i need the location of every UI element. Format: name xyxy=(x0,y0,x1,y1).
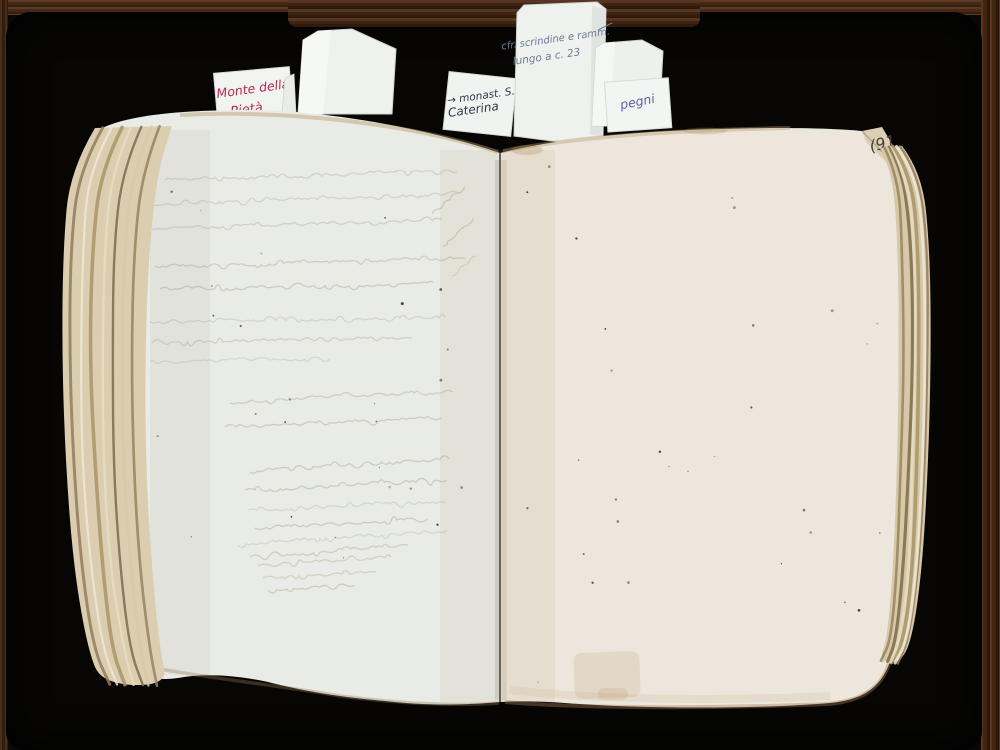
tab-pegni: pegni xyxy=(604,78,671,132)
tab-blank-left xyxy=(282,29,396,114)
right-page: (91 xyxy=(500,127,906,708)
tab-monastero-s-caterina: → monast. S. Caterina xyxy=(443,72,518,137)
manuscript-book: Monte della Pietà → monast. S. Caterina … xyxy=(0,0,1000,750)
gutter xyxy=(497,153,504,702)
photo-stage: Monte della Pietà → monast. S. Caterina … xyxy=(0,0,1000,750)
